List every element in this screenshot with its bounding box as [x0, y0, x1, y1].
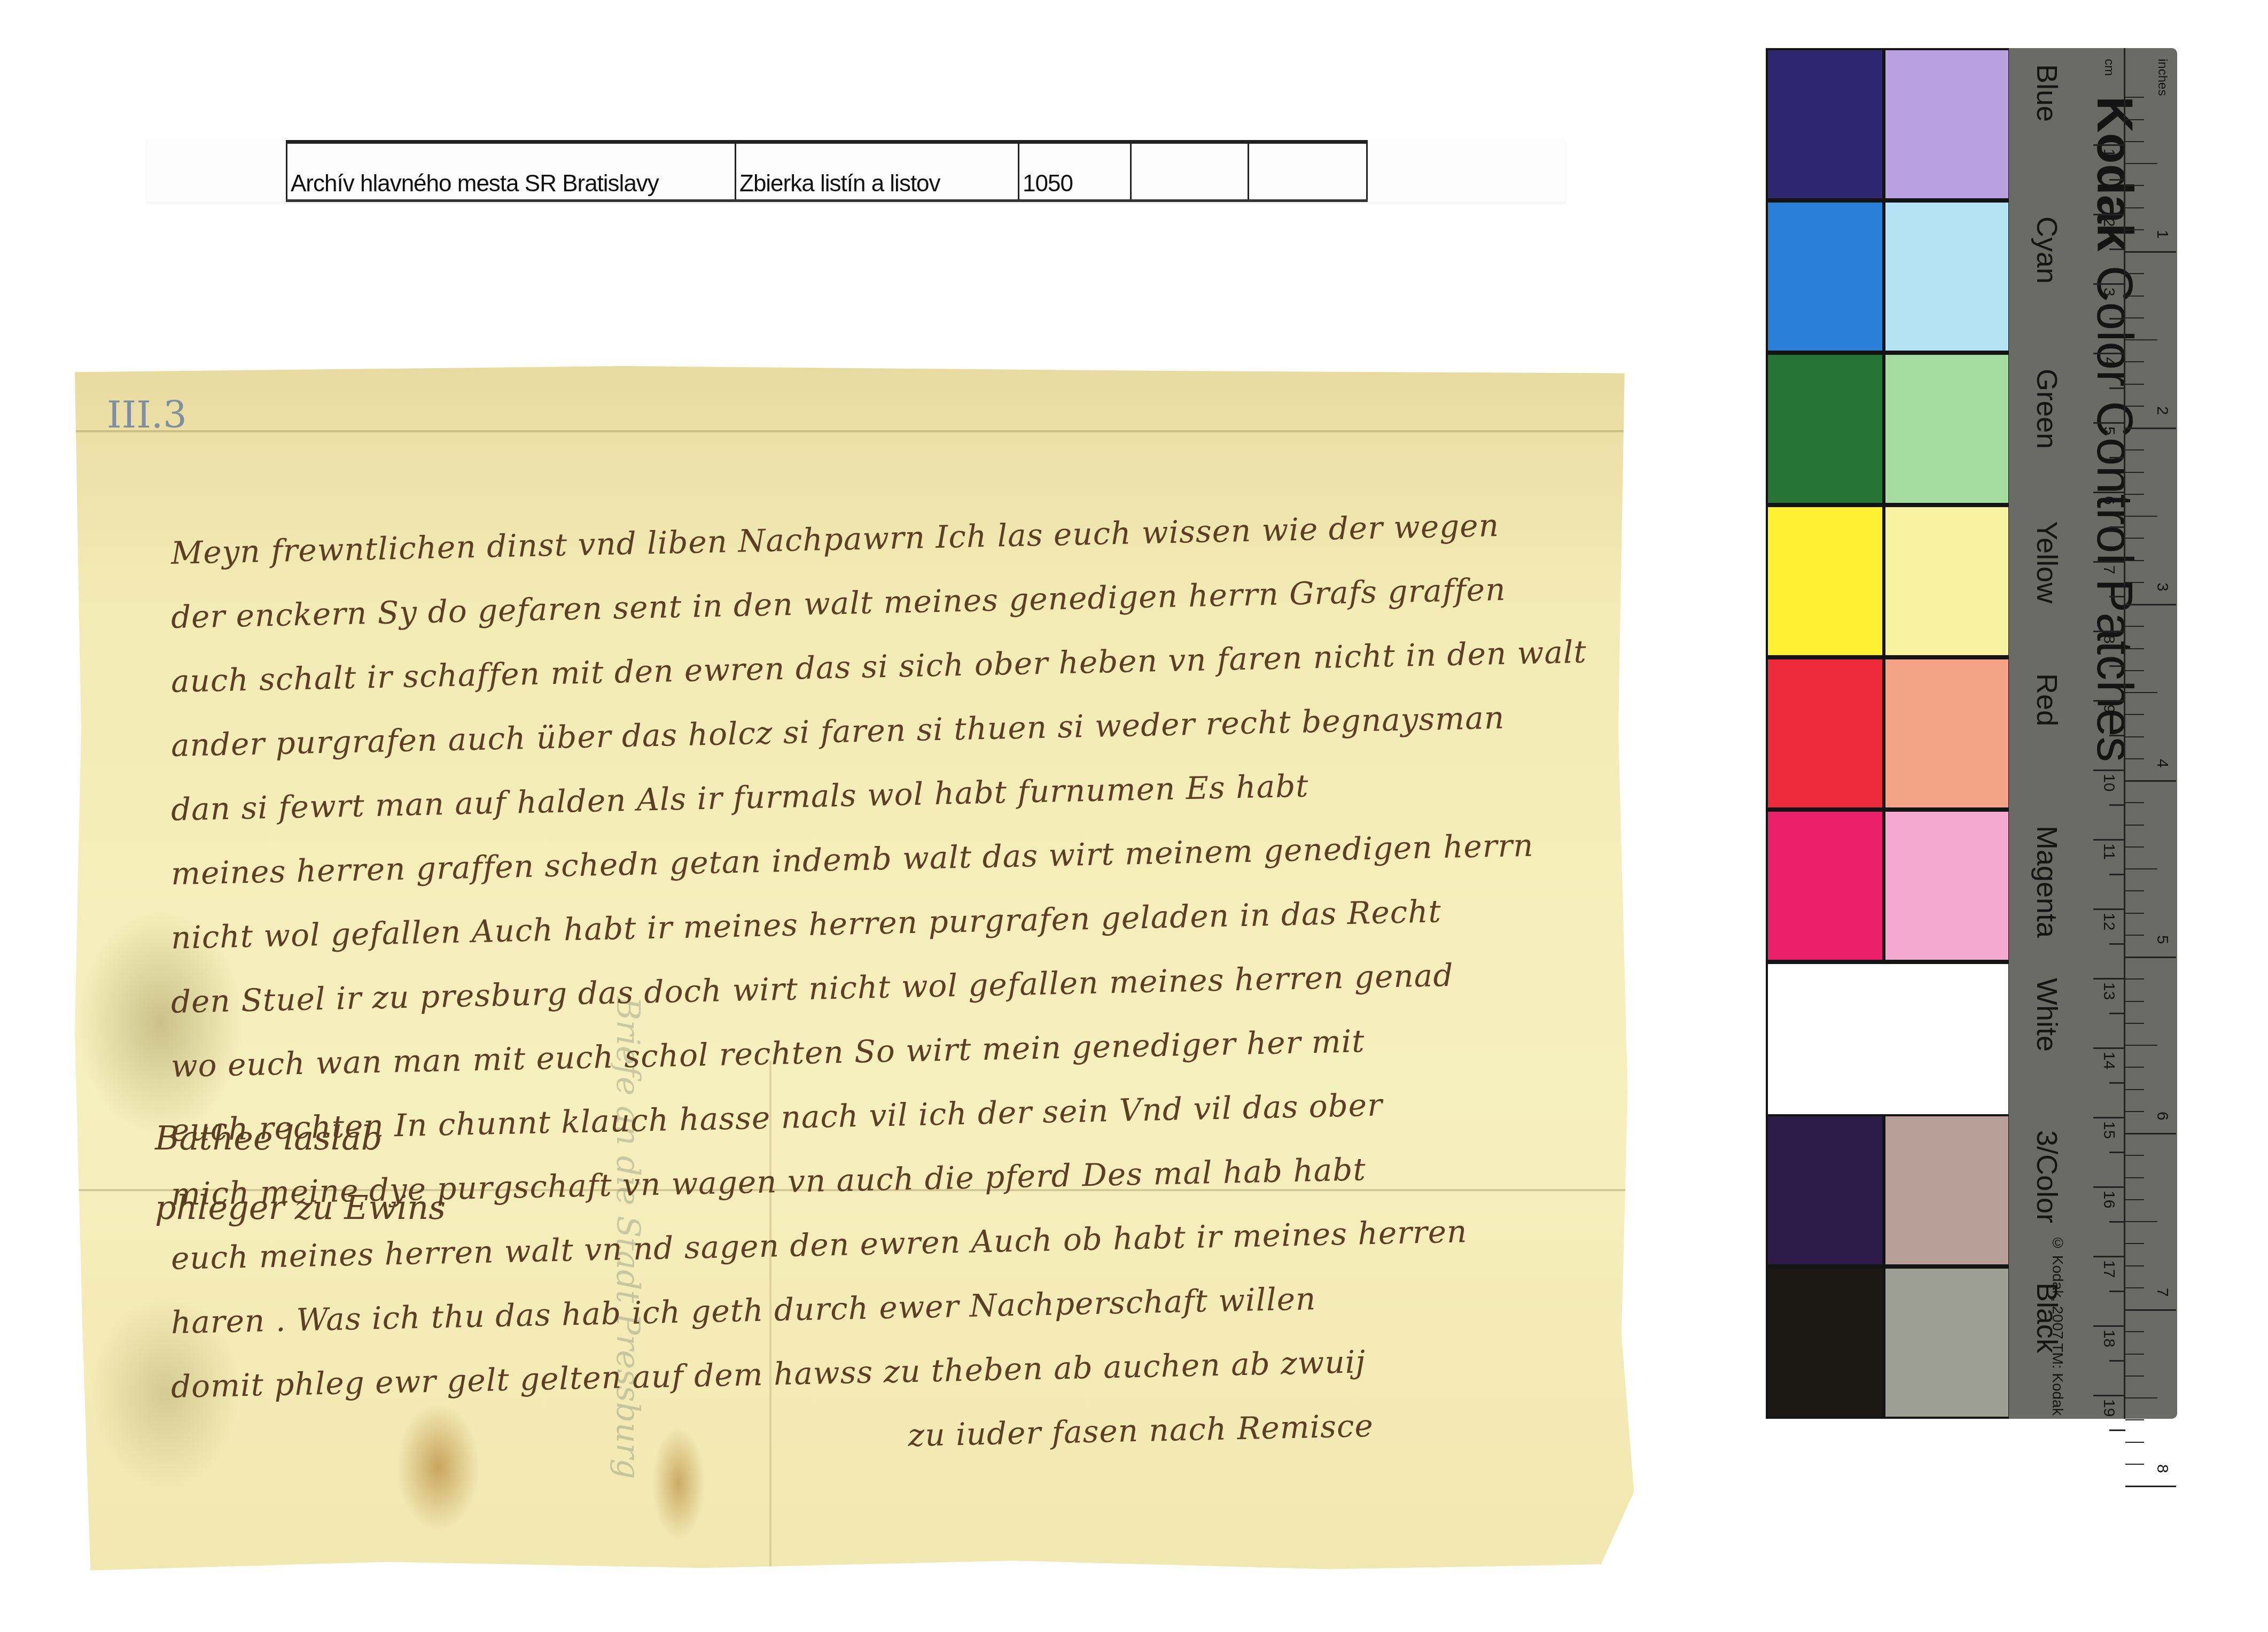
cm-number: 11: [2100, 843, 2118, 860]
cm-unit-label: cm: [2101, 59, 2116, 76]
inch-number: 7: [2153, 1288, 2171, 1297]
cm-number: 15: [2100, 1121, 2118, 1139]
half-cm-tick: [2109, 387, 2125, 389]
patch-label: Yellow: [2030, 521, 2063, 603]
inch-subtick: [2125, 692, 2157, 693]
parchment-letter: III.3 Briefe an die Stadt Pressburg Meyn…: [75, 366, 1640, 1576]
inch-subtick: [2125, 758, 2144, 759]
cm-number: 7: [2100, 565, 2118, 574]
inch-subtick: [2125, 825, 2144, 826]
measurement-scale: cm inches 123456789101112131415161718191…: [2124, 48, 2179, 1419]
patch-green-dark: [1766, 353, 1884, 505]
inch-subtick: [2125, 1287, 2144, 1288]
inch-subtick: [2125, 1397, 2157, 1398]
patch-label: Blue: [2030, 64, 2063, 122]
inch-subtick: [2125, 296, 2144, 297]
cm-number: 17: [2100, 1260, 2118, 1278]
inch-number: 4: [2153, 759, 2171, 768]
inch-subtick: [2125, 648, 2144, 649]
inch-subtick: [2125, 384, 2144, 385]
inch-subtick: [2125, 626, 2144, 627]
label-cell: [1130, 144, 1248, 199]
inch-number: 8: [2153, 1464, 2171, 1473]
cm-number: 12: [2100, 913, 2118, 930]
inch-subtick: [2125, 1419, 2144, 1420]
inch-subtick: [2125, 582, 2144, 583]
cm-number: 2: [2100, 218, 2118, 227]
cm-tick: [2093, 770, 2125, 771]
cm-tick: [2093, 561, 2125, 563]
label-cell: Archív hlavného mesta SR Bratislavy: [286, 144, 735, 199]
patch-green-light: [1883, 353, 2010, 505]
inch-subtick: [2125, 1089, 2144, 1090]
inch-tick: [2125, 1133, 2176, 1134]
copyright-text: © Kodak, 2007 TM: Kodak: [2049, 1234, 2066, 1416]
cm-number: 1: [2100, 149, 2118, 158]
patch-cyan-light: [1883, 200, 2010, 353]
half-cm-tick: [2109, 735, 2125, 736]
inch-subtick: [2125, 1354, 2144, 1355]
cm-number: 8: [2100, 635, 2118, 644]
signature-name: Bathee laslab: [155, 1103, 446, 1173]
cm-number: 16: [2100, 1191, 2118, 1208]
inch-subtick: [2125, 1243, 2144, 1244]
patch-label: Cyan: [2030, 216, 2063, 284]
cm-number: 19: [2100, 1399, 2118, 1417]
inch-subtick: [2125, 868, 2157, 869]
inch-subtick: [2125, 494, 2144, 495]
inch-subtick: [2125, 1442, 2144, 1443]
patch-blue-light: [1883, 48, 2010, 200]
patch-yellow-dark: [1766, 505, 1884, 657]
inch-subtick: [2125, 1464, 2144, 1465]
inch-subtick: [2125, 119, 2144, 120]
manuscript-body: Meyn frewntlichen dinst vnd liben Nachpa…: [171, 521, 1560, 1483]
patch-label: Magenta: [2030, 826, 2063, 938]
cm-number: 6: [2100, 496, 2118, 505]
inch-subtick: [2125, 1111, 2144, 1112]
cm-tick: [2093, 283, 2125, 285]
inch-subtick: [2125, 714, 2144, 715]
half-cm-tick: [2109, 1291, 2125, 1292]
cm-tick: [2093, 839, 2125, 841]
patch-3-color-light: [1883, 1114, 2010, 1266]
inch-subtick: [2125, 1045, 2157, 1046]
inch-subtick: [2125, 361, 2144, 362]
inch-subtick: [2125, 935, 2144, 936]
half-cm-tick: [2109, 1082, 2125, 1084]
inch-number: 5: [2153, 935, 2171, 944]
inch-tick: [2125, 957, 2176, 958]
patch-labels: BlueCyanGreenYellowRedMagentaWhite3/Colo…: [2030, 48, 2073, 1419]
cm-tick: [2093, 700, 2125, 702]
patch-label: Red: [2030, 673, 2063, 726]
patch-black-light: [1883, 1266, 2010, 1419]
patch-label: 3/Color: [2030, 1130, 2063, 1223]
half-cm-tick: [2109, 248, 2125, 250]
inch-subtick: [2125, 670, 2144, 671]
half-cm-tick: [2109, 804, 2125, 806]
inch-subtick: [2125, 1023, 2144, 1024]
inch-subtick: [2125, 207, 2144, 208]
patch-label: Green: [2030, 369, 2063, 449]
inch-subtick: [2125, 890, 2144, 891]
label-cell: 1050: [1018, 144, 1130, 199]
ruler-strip: BlueCyanGreenYellowRedMagentaWhite3/Colo…: [2009, 48, 2177, 1419]
shelfmark-annotation: III.3: [107, 393, 187, 437]
inch-number: 1: [2153, 230, 2171, 239]
inch-subtick: [2125, 406, 2144, 407]
inch-tick: [2125, 780, 2176, 782]
half-cm-tick: [2109, 943, 2125, 945]
cm-tick: [2093, 1047, 2125, 1049]
cm-number: 13: [2100, 982, 2118, 1000]
half-cm-tick: [2109, 1221, 2125, 1223]
archive-label-strip: Archív hlavného mesta SR BratislavyZbier…: [147, 140, 1565, 202]
cm-tick: [2093, 492, 2125, 493]
cm-number: 14: [2100, 1052, 2118, 1069]
inch-tick: [2125, 428, 2176, 429]
patch-label: White: [2030, 978, 2063, 1052]
kodak-color-card: BlueCyanGreenYellowRedMagentaWhite3/Colo…: [1766, 48, 2177, 1419]
inch-subtick: [2125, 339, 2157, 340]
inch-subtick: [2125, 1067, 2144, 1068]
cm-number: 5: [2100, 426, 2118, 436]
cm-number: 9: [2100, 704, 2118, 713]
cm-number: 3: [2100, 287, 2118, 297]
cm-tick: [2093, 908, 2125, 910]
inch-subtick: [2125, 1155, 2144, 1156]
half-cm-tick: [2109, 1013, 2125, 1014]
inch-subtick: [2125, 273, 2144, 274]
cm-tick: [2093, 422, 2125, 424]
inch-subtick: [2125, 560, 2144, 561]
cm-number: 10: [2100, 774, 2118, 791]
half-cm-tick: [2109, 1429, 2125, 1431]
patch-cyan-dark: [1766, 200, 1884, 353]
inch-tick: [2125, 604, 2176, 605]
inch-subtick: [2125, 163, 2157, 164]
fold-crease-top: [75, 430, 1640, 432]
inches-unit-label: inches: [2155, 59, 2170, 96]
patch-magenta-dark: [1766, 810, 1884, 962]
half-cm-tick: [2109, 179, 2125, 181]
inch-tick: [2125, 251, 2176, 253]
cm-tick: [2093, 1325, 2125, 1327]
inch-subtick: [2125, 1177, 2144, 1178]
cm-tick: [2093, 631, 2125, 632]
half-cm-tick: [2109, 1360, 2125, 1362]
inch-subtick: [2125, 516, 2157, 517]
inch-subtick: [2125, 1221, 2157, 1222]
signature-block: Bathee laslab phleger zu Ewins: [155, 1103, 446, 1242]
cm-tick: [2093, 353, 2125, 354]
cm-tick: [2093, 214, 2125, 215]
inch-subtick: [2125, 141, 2144, 142]
cm-tick: [2093, 144, 2125, 146]
inch-tick: [2125, 1486, 2176, 1487]
inch-subtick: [2125, 978, 2144, 980]
inch-tick: [2125, 1309, 2176, 1311]
cm-number: 4: [2100, 357, 2118, 366]
label-cell: [1248, 144, 1368, 199]
inch-subtick: [2125, 538, 2144, 539]
patch-red-dark: [1766, 657, 1884, 810]
inch-number: 2: [2153, 406, 2171, 415]
label-cell: Zbierka listín a listov: [735, 144, 1018, 199]
patch-white: [1766, 962, 2010, 1120]
patch-blue-dark: [1766, 48, 1884, 200]
inch-subtick: [2125, 317, 2144, 318]
patch-yellow-light: [1883, 505, 2010, 657]
inch-number: 6: [2153, 1112, 2171, 1121]
inch-subtick: [2125, 1331, 2144, 1332]
inch-subtick: [2125, 1375, 2144, 1377]
inch-subtick: [2125, 449, 2144, 450]
inch-subtick: [2125, 97, 2144, 98]
patch-3-color-dark: [1766, 1114, 1884, 1266]
archive-label-table: Archív hlavného mesta SR BratislavyZbier…: [286, 140, 1368, 202]
half-cm-tick: [2109, 457, 2125, 458]
cm-number: 18: [2100, 1330, 2118, 1347]
inch-subtick: [2125, 802, 2144, 803]
half-cm-tick: [2109, 874, 2125, 875]
patch-black-dark: [1766, 1266, 1884, 1419]
inch-subtick: [2125, 1265, 2144, 1266]
half-cm-tick: [2109, 526, 2125, 528]
half-cm-tick: [2109, 1152, 2125, 1153]
inch-subtick: [2125, 472, 2144, 473]
cm-tick: [2093, 1256, 2125, 1257]
inch-number: 3: [2153, 582, 2171, 592]
patch-magenta-light: [1883, 810, 2010, 962]
inch-subtick: [2125, 846, 2144, 848]
cm-tick: [2093, 978, 2125, 980]
inch-subtick: [2125, 1199, 2144, 1200]
inch-subtick: [2125, 913, 2144, 914]
cm-tick: [2093, 1117, 2125, 1118]
half-cm-tick: [2109, 665, 2125, 667]
signature-title: phleger zu Ewins: [155, 1173, 446, 1242]
inch-subtick: [2125, 736, 2144, 737]
inch-subtick: [2125, 1001, 2144, 1002]
inch-subtick: [2125, 185, 2144, 186]
half-cm-tick: [2109, 596, 2125, 597]
half-cm-tick: [2109, 318, 2125, 320]
inch-subtick: [2125, 229, 2144, 230]
patch-red-light: [1883, 657, 2010, 810]
cm-tick: [2093, 1186, 2125, 1188]
cm-tick: [2093, 1395, 2125, 1396]
